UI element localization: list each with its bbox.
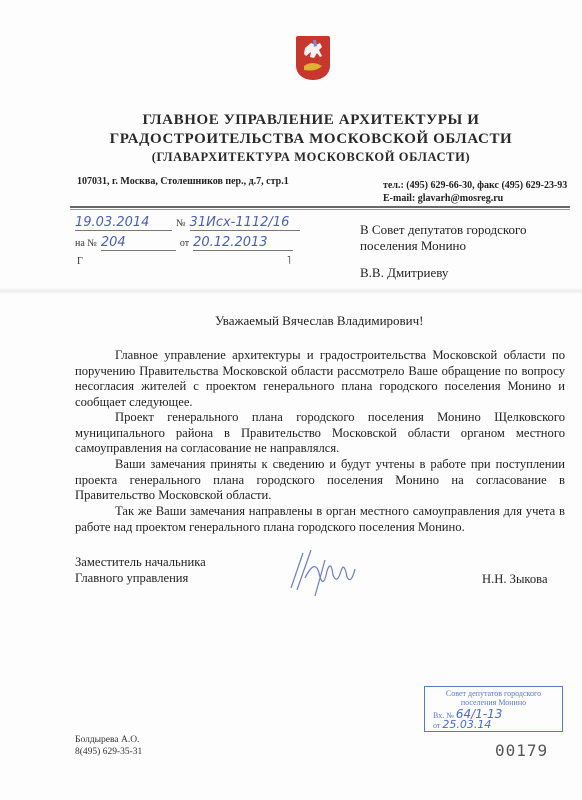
org-email: E-mail: glavarh@mosreg.ru [383, 193, 503, 204]
ref-number: 204 [101, 235, 176, 251]
body-paragraph-3: Ваши замечания приняты к сведению и буду… [75, 457, 565, 504]
org-abbrev: (ГЛАВАРХИТЕКТУРА МОСКОВСКОЙ ОБЛАСТИ) [20, 150, 582, 165]
body-paragraph-1: Главное управление архитектуры и градост… [75, 348, 565, 410]
stamp-in-date: 25.03.14 [442, 718, 491, 731]
scan-fold-shadow [0, 288, 582, 294]
stamp-date-label: от [433, 721, 440, 730]
handwritten-signature-icon [285, 548, 375, 608]
salutation: Уважаемый Вячеслав Владимирович! [215, 313, 424, 329]
number-label: № [176, 218, 186, 229]
outgoing-registration: 19.03.2014 № 31Исх-1112/16 [75, 213, 300, 231]
recipient-name: В.В. Дмитриеву [360, 265, 448, 281]
ref-number-label: на № [75, 238, 97, 249]
body-paragraph-4: Так же Ваши замечания направлены в орган… [75, 504, 565, 535]
body-paragraph-2: Проект генерального плана городского пос… [75, 410, 565, 457]
org-phone: тел.: (495) 629-66-30, факс (495) 629-23… [383, 180, 567, 191]
signatory-position-line1: Заместитель начальника [75, 555, 206, 570]
ref-date: 20.12.2013 [193, 235, 293, 251]
header-divider-thin [70, 209, 570, 210]
corner-mark-left: Г [77, 256, 83, 267]
outgoing-number: 31Исх-1112/16 [190, 215, 300, 231]
org-title-line2: ГРАДОСТРОИТЕЛЬСТВА МОСКОВСКОЙ ОБЛАСТИ [20, 131, 582, 148]
signatory-position-line2: Главного управления [75, 571, 188, 586]
coat-of-arms-icon [296, 36, 330, 80]
stamp-org-line2: поселения Монино [425, 698, 562, 707]
incoming-registration-stamp: Совет депутатов городского поселения Мон… [424, 686, 563, 732]
org-title-line1: ГЛАВНОЕ УПРАВЛЕНИЕ АРХИТЕКТУРЫ И [20, 112, 582, 129]
reference-registration: на № 204 от 20.12.2013 [75, 233, 293, 251]
signatory-name: Н.Н. Зыкова [482, 572, 548, 587]
executor-phone: 8(495) 629-35-31 [75, 747, 142, 757]
recipient-org-line1: В Совет депутатов городского [360, 222, 527, 238]
outgoing-date: 19.03.2014 [75, 215, 172, 231]
corner-mark-right: ˥ [287, 256, 291, 267]
executor-name: Болдырева А.О. [75, 735, 139, 745]
stamp-serial-number: 00179 [495, 741, 548, 760]
recipient-org-line2: поселения Монино [360, 238, 466, 254]
org-address: 107031, г. Москва, Столешников пер., д.7… [77, 176, 289, 187]
stamp-org-line1: Совет депутатов городского [425, 689, 562, 698]
ref-from-label: от [180, 238, 189, 249]
header-divider [70, 206, 570, 208]
letter-page: ГЛАВНОЕ УПРАВЛЕНИЕ АРХИТЕКТУРЫ И ГРАДОСТ… [0, 0, 582, 800]
